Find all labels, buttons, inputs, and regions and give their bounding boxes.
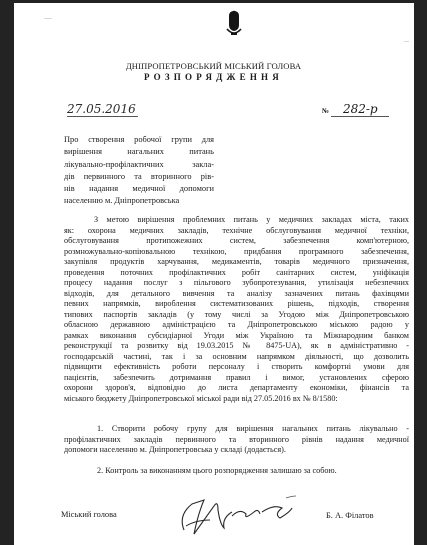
order-item-2: 2. Контроль за виконанням цього розпоряд… [64, 466, 409, 477]
subject-line: нів надання медичної допомоги [64, 183, 214, 195]
issuer-title: ДНІПРОПЕТРОВСЬКИЙ МІСЬКИЙ ГОЛОВА [0, 61, 427, 71]
order-items: 1. Створити робочу групу для вирішення н… [64, 424, 409, 476]
order-item-1: 1. Створити робочу групу для вирішення н… [64, 424, 409, 456]
body-line: процесу надання послуг з пільгового зубо… [64, 278, 409, 289]
body-line: як: охорона медичних закладів, технічне … [64, 226, 409, 237]
body-line: закупівля продуктів харчування, медикаме… [64, 257, 409, 268]
body-line: типових паспортів закладів (у тому числі… [64, 310, 409, 321]
number-value: 282-р [331, 103, 389, 117]
body-line: міського бюджету Дніпропетровської міськ… [64, 394, 409, 405]
item-line: 2. Контроль за виконанням цього розпоряд… [64, 466, 409, 477]
body-line: певних напрямків, вироблення систематизо… [64, 299, 409, 310]
body-line: пацієнтів, забезпечить дотримання правил… [64, 373, 409, 384]
body-line: обласною державною адміністрацією та Дні… [64, 320, 409, 331]
body-line: розмножувально-копіювальною технікою, пр… [64, 247, 409, 258]
subject-line: Про створення робочої групи для [64, 134, 214, 146]
body-line: охорони здоров'я, відповідно до листа де… [64, 383, 409, 394]
body-line: господарській частині, так і за основним… [64, 352, 409, 363]
document-number: № 282-р [322, 103, 402, 118]
document-body: З метою вирішення проблемних питань у ме… [64, 215, 409, 404]
signatory-role: Міський голова [61, 510, 117, 519]
document-date: 27.05.2016 [67, 103, 138, 117]
city-coat-of-arms-icon [226, 10, 242, 38]
item-line: 1. Створити робочу групу для вирішення н… [64, 424, 409, 435]
body-line: підвищити ефективність роботи персоналу … [64, 362, 409, 373]
scan-artifact [404, 41, 409, 42]
body-line: реконструкції та розвитку від 19.03.2015… [64, 341, 409, 352]
item-line: допомоги населенню м. Дніпропетровська у… [64, 445, 409, 456]
document-type-title: РОЗПОРЯДЖЕННЯ [0, 72, 427, 82]
body-line: обслуговування протипожежних систем, заб… [64, 236, 409, 247]
body-line: проведення поточних профілактичних робіт… [64, 268, 409, 279]
body-line: З метою вирішення проблемних питань у ме… [64, 215, 409, 226]
document-subject: Про створення робочої групи для вирішенн… [64, 134, 214, 208]
subject-line: дів первинного та вторинного рів- [64, 171, 214, 183]
body-line: відходів, для детального вивчення та ана… [64, 289, 409, 300]
subject-line: населенню м. Дніпропетровська [64, 195, 214, 207]
number-sign: № [322, 107, 329, 115]
signatory-name: Б. А. Філатов [326, 511, 374, 520]
scan-artifact [44, 18, 52, 19]
document-viewer: ДНІПРОПЕТРОВСЬКИЙ МІСЬКИЙ ГОЛОВА РОЗПОРЯ… [0, 0, 427, 545]
item-line: профілактичних закладів первинного та вт… [64, 435, 409, 446]
document-page: ДНІПРОПЕТРОВСЬКИЙ МІСЬКИЙ ГОЛОВА РОЗПОРЯ… [14, 3, 414, 545]
subject-line: вирішення нагальних питань [64, 146, 214, 158]
subject-line: лікувально-профілактичних закла- [64, 159, 214, 171]
handwritten-signature-icon [174, 490, 304, 542]
body-line: рамках виконання субсидіарної Угоди між … [64, 331, 409, 342]
